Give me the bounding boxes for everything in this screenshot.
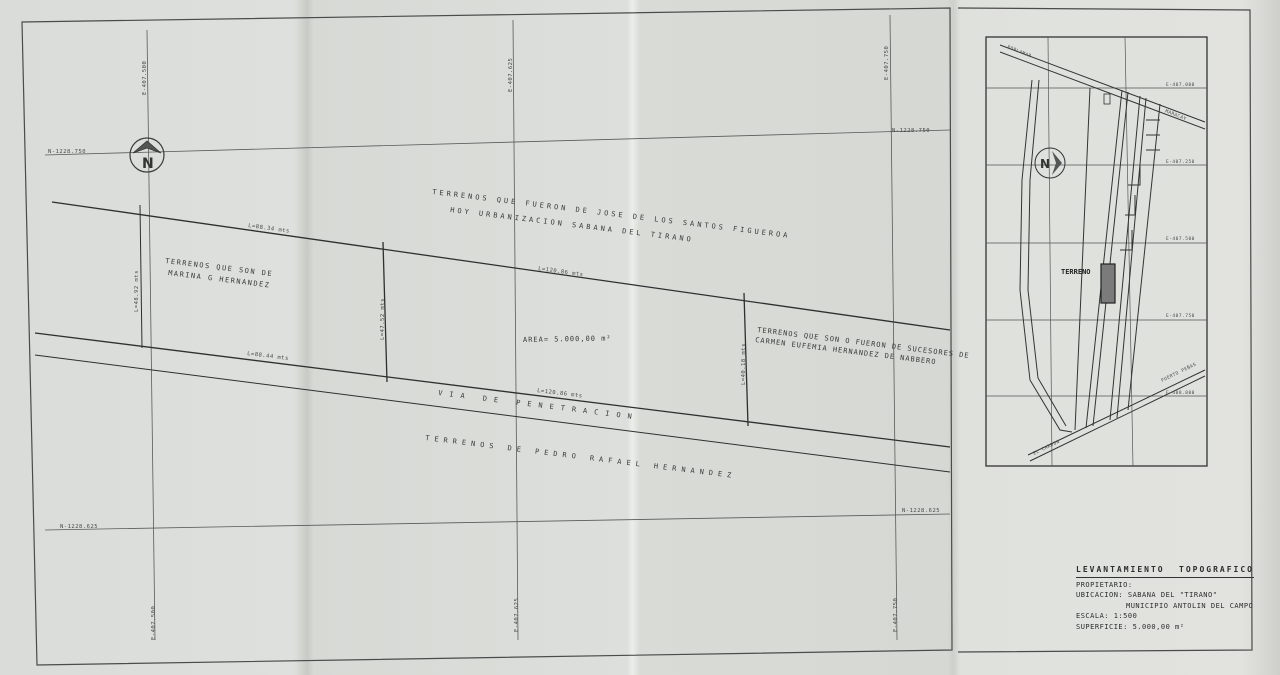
location-field: UBICACION: SABANA DEL "TIRANO": [1076, 590, 1254, 601]
grid-lines: [45, 15, 950, 640]
location-map: TERRENO N E-407.000 E-407.250 E-407.500 …: [986, 37, 1207, 466]
grid-label-n-top-left: N-1228.750: [48, 149, 86, 155]
grid-label-n-top-right: N-1228.750: [892, 128, 930, 134]
terreno-lot-marker: [1101, 264, 1115, 303]
svg-text:L=47.52 mts: L=47.52 mts: [380, 298, 386, 340]
owner-field: PROPIETARIO:: [1076, 580, 1254, 591]
grid-label-n-bottom-left: N-1228.625: [60, 524, 98, 530]
svg-text:E-407.500: E-407.500: [151, 606, 157, 640]
title-block: LEVANTAMIENTO TOPOGRAFICO PROPIETARIO: U…: [1076, 565, 1254, 632]
svg-text:E-407.750: E-407.750: [884, 46, 890, 80]
north-arrow-icon: N: [130, 138, 164, 172]
svg-text:E-407.500: E-407.500: [142, 61, 148, 95]
svg-text:L=120.86 mts: L=120.86 mts: [538, 266, 584, 278]
svg-text:E-407.750: E-407.750: [893, 598, 899, 632]
municipality-field: MUNICIPIO ANTOLIN DEL CAMPO: [1076, 601, 1254, 612]
svg-text:E-408.000: E-408.000: [1166, 390, 1195, 396]
svg-text:TERRENO: TERRENO: [1061, 268, 1091, 276]
svg-text:E-407.250: E-407.250: [1166, 159, 1195, 165]
scale-field: ESCALA: 1:500: [1076, 611, 1254, 622]
svg-text:E-407.000: E-407.000: [1166, 82, 1195, 88]
svg-text:N: N: [142, 156, 154, 172]
svg-text:N: N: [1040, 157, 1050, 171]
surface-field: SUPERFICIE: 5.000,00 m²: [1076, 622, 1254, 633]
svg-text:TERRENOS DE PEDRO RAFAEL HERNA: TERRENOS DE PEDRO RAFAEL HERNANDEZ: [425, 434, 737, 480]
svg-text:L=48.92 mts: L=48.92 mts: [134, 270, 140, 312]
svg-text:L=40.18 mts: L=40.18 mts: [741, 343, 747, 385]
svg-text:E-407.750: E-407.750: [1166, 313, 1195, 319]
svg-text:E-407.500: E-407.500: [1166, 236, 1195, 242]
grid-label-n-bottom-right: N-1228.625: [902, 508, 940, 514]
svg-text:E-407.625: E-407.625: [508, 58, 514, 92]
svg-text:E-407.625: E-407.625: [514, 598, 520, 632]
svg-text:AREA= 5.000,00 m²: AREA= 5.000,00 m²: [523, 334, 612, 344]
title-block-heading: LEVANTAMIENTO TOPOGRAFICO: [1076, 565, 1254, 578]
